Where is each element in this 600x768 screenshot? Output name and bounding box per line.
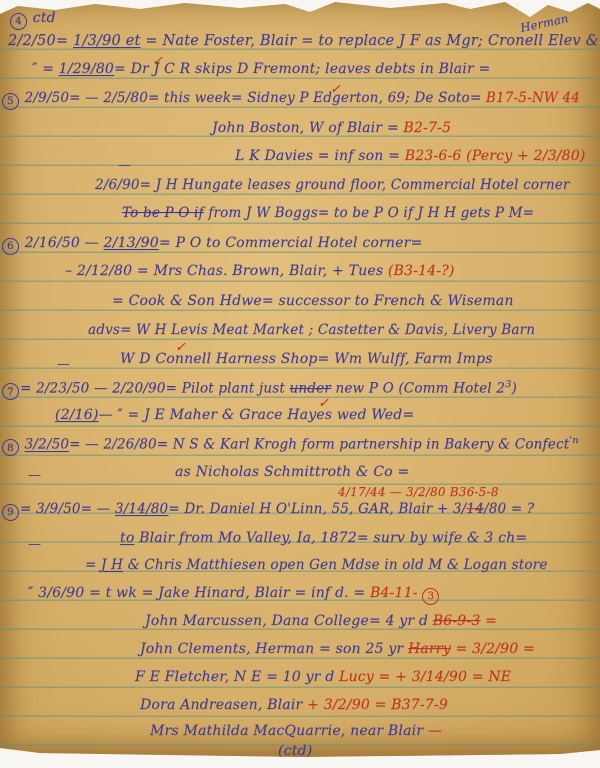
text-run: ) [511,381,516,397]
note-line: 2/6/90= J H Hungate leases ground floor,… [95,177,570,193]
text-run: (2/16) [55,407,99,423]
note-line: John Clements, Herman = son 25 yr Harry … [140,641,535,657]
text-run: + 3/2/90 = B37-7-9 [307,697,448,713]
text-run: 14 [466,501,484,517]
text-run: 2/6/90= J H Hungate leases ground floor,… [95,177,570,193]
text-run: new P O (Comm Hotel 2 [331,381,505,397]
text-run: Herman [519,11,570,35]
text-run: ″ 3/6/90 = t wk = Jake Hinard, Blair = i… [28,585,370,601]
check-mark: ✓ [318,396,329,411]
margin-dash: — [28,537,41,552]
note-line: – 2/12/80 = Mrs Chas. Brown, Blair, + Tu… [65,263,455,279]
text-run: 3/2/50 [25,437,70,453]
note-line: (2/16)— ″ = J E Maher & Grace Hayes wed … [55,407,414,423]
text-run: to [120,530,134,546]
note-line: Dora Andreasen, Blair + 3/2/90 = B37-7-9 [140,697,448,713]
note-line: (ctd) [278,743,312,759]
text-run: Lucy = + 3/14/90 = NE [339,669,511,685]
text-run: B2-7-5 [403,120,451,136]
text-run: = — 2/26/80= N S & Karl Krogh form partn… [69,437,569,453]
text-run: J H [101,557,123,573]
text-run: as Nicholas Schmittroth & Co = [175,464,409,480]
text-run: under [289,381,330,397]
text-run: 'n [569,435,578,446]
text-run: – 2/12/80 = Mrs Chas. Brown, Blair, + Tu… [65,263,388,279]
text-run: Dora Andreasen, Blair [140,697,307,713]
note-line: = J H & Chris Matthiesen open Gen Mdse i… [85,557,548,573]
text-run: (B3-14-?) [388,263,455,279]
text-run: 4/17/44 — 3/2/80 B36-5-8 [338,485,499,499]
text-run: B23-6-6 (Percy + 2/3/80) [405,148,586,164]
note-line: Herman [519,11,570,35]
note-line: 9= 3/9/50= — 3/14/80= Dr. Daniel H O'Lin… [2,501,534,521]
text-run: — [428,723,442,739]
text-run: — ″ = J E Maher & Grace Hayes wed Wed= [99,407,415,423]
text-run: = [480,613,497,629]
margin-dash: — [28,468,41,483]
text-run: Harry [408,641,451,657]
text-run: & Chris Matthiesen open Gen Mdse in old … [123,557,547,573]
circled-number: 6 [2,238,19,255]
text-run: 2/9/50= — 2/5/80= this week= Sidney P Ed… [20,90,486,106]
text-run: = Dr J C R skips D Fremont; leaves debts… [114,61,490,77]
text-run: F E Fletcher, N E = 10 yr d [135,669,339,685]
text-run: John Marcussen, Dana College= 4 yr d [145,613,433,629]
note-line: 4 ctd [10,10,56,30]
check-mark: ✓ [175,340,186,355]
note-line: advs= W H Levis Meat Market ; Castetter … [88,322,535,338]
text-run: ctd [28,10,56,26]
note-line: John Boston, W of Blair = B2-7-5 [212,120,451,136]
text-run: B6-9-3 [433,613,481,629]
note-line: 8 3/2/50= — 2/26/80= N S & Karl Krogh fo… [2,435,579,456]
text-run: John Boston, W of Blair = [212,120,403,136]
text-run: (ctd) [278,743,312,759]
text-run: To be P O if [122,205,204,221]
note-line: L K Davies = inf son = B23-6-6 (Percy + … [235,148,585,164]
text-run: = Nate Foster, Blair = to replace J F as… [141,33,600,49]
text-run: 1/3/90 et [73,33,141,49]
note-line: as Nicholas Schmittroth & Co = [175,464,409,480]
text-run: 3/14/80 [115,501,168,517]
note-line: 6 2/16/50 — 2/13/90= P O to Commercial H… [2,235,422,255]
paper: 4 ctd2/2/50= 1/3/90 et = Nate Foster, Bl… [0,0,600,757]
text-run: /80 = ? [484,501,534,517]
circled-number: 8 [2,439,19,456]
text-run: 2/16/50 — [20,235,104,251]
note-line: to Blair from Mo Valley, Ia, 1872= surv … [120,530,527,546]
note-line: 7= 2/23/50 — 2/20/90= Pilot plant just u… [2,379,517,400]
note-line: = Cook & Son Hdwe= successor to French &… [112,293,514,309]
text-run: = 2/23/50 — 2/20/90= Pilot plant just [20,381,289,397]
text-run: = 3/2/90 = [451,641,535,657]
text-run: John Clements, Herman = son 25 yr [140,641,408,657]
text-run: = P O to Commercial Hotel corner= [159,235,423,251]
note-line: 5 2/9/50= — 2/5/80= this week= Sidney P … [2,90,580,110]
text-run: 1/29/80 [59,61,114,77]
text-run: from J W Boggs= to be P O if J H H gets … [204,205,534,221]
note-line: ″ = 1/29/80= Dr J C R skips D Fremont; l… [32,61,490,77]
margin-dash: — [57,357,70,372]
note-line: Mrs Mathilda MacQuarrie, near Blair — [150,723,442,739]
check-mark: ✓ [152,54,163,69]
text-run: B17-5-NW 44 [486,90,580,106]
text-run: 2/2/50= [8,33,73,49]
note-line: F E Fletcher, N E = 10 yr d Lucy = + 3/1… [135,669,511,685]
note-line: 4/17/44 — 3/2/80 B36-5-8 [338,485,499,499]
note-line: 2/2/50= 1/3/90 et = Nate Foster, Blair =… [8,33,600,49]
margin-dash: — [118,158,131,173]
text-run: 2/13/90 [104,235,159,251]
text-run: Blair from Mo Valley, Ia, 1872= surv by … [134,530,527,546]
circled-number: 9 [2,504,19,521]
text-run: L K Davies = inf son = [235,148,405,164]
text-run: advs= W H Levis Meat Market ; Castetter … [88,322,535,338]
text-run: ″ = [32,61,59,77]
circled-number: 3 [422,588,439,605]
circled-number: 7 [2,383,19,400]
circled-number: 5 [2,93,19,110]
text-run: = Cook & Son Hdwe= successor to French &… [112,293,514,309]
note-line: To be P O if from J W Boggs= to be P O i… [122,205,534,221]
circled-number: 4 [10,13,27,30]
note-line: ″ 3/6/90 = t wk = Jake Hinard, Blair = i… [28,585,440,605]
check-mark: ✓ [330,82,341,97]
text-run: Mrs Mathilda MacQuarrie, near Blair [150,723,428,739]
text-run: = [85,557,101,573]
text-run: B4-11- [370,585,422,601]
text-run: = Dr. Daniel H O'Linn, 55, GAR, Blair + … [168,501,466,517]
text-run: = 3/9/50= — [20,501,115,517]
note-line: John Marcussen, Dana College= 4 yr d B6-… [145,613,497,629]
